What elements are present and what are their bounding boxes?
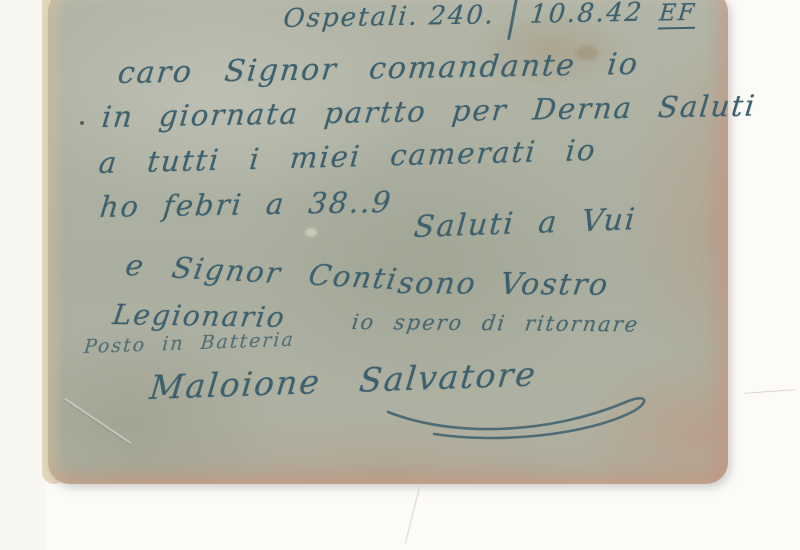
header-date: 10.8.42 bbox=[529, 0, 645, 30]
header-era: EF bbox=[658, 0, 697, 29]
handwriting-line-4a: ho febri a 38..9 bbox=[98, 185, 394, 224]
handwriting-line-5b: sono Vostro bbox=[396, 266, 612, 303]
scanned-postcard-photo: Ospetali. 240. 10.8.42 EF caro Signor co… bbox=[0, 0, 800, 550]
ink-speck bbox=[80, 121, 84, 125]
header-line: Ospetali. 240. 10.8.42 EF bbox=[281, 0, 697, 44]
scan-scratch bbox=[405, 487, 420, 544]
header-location: Ospetali. 240. bbox=[282, 0, 496, 34]
paper-stain bbox=[305, 228, 317, 237]
handwriting-line-6a: Legionario bbox=[111, 298, 288, 334]
handwriting-line-6b: io spero di ritornare bbox=[350, 310, 640, 336]
scan-scratch bbox=[744, 389, 796, 394]
header-divider-stroke bbox=[507, 0, 518, 40]
signature-flourish bbox=[382, 386, 682, 448]
